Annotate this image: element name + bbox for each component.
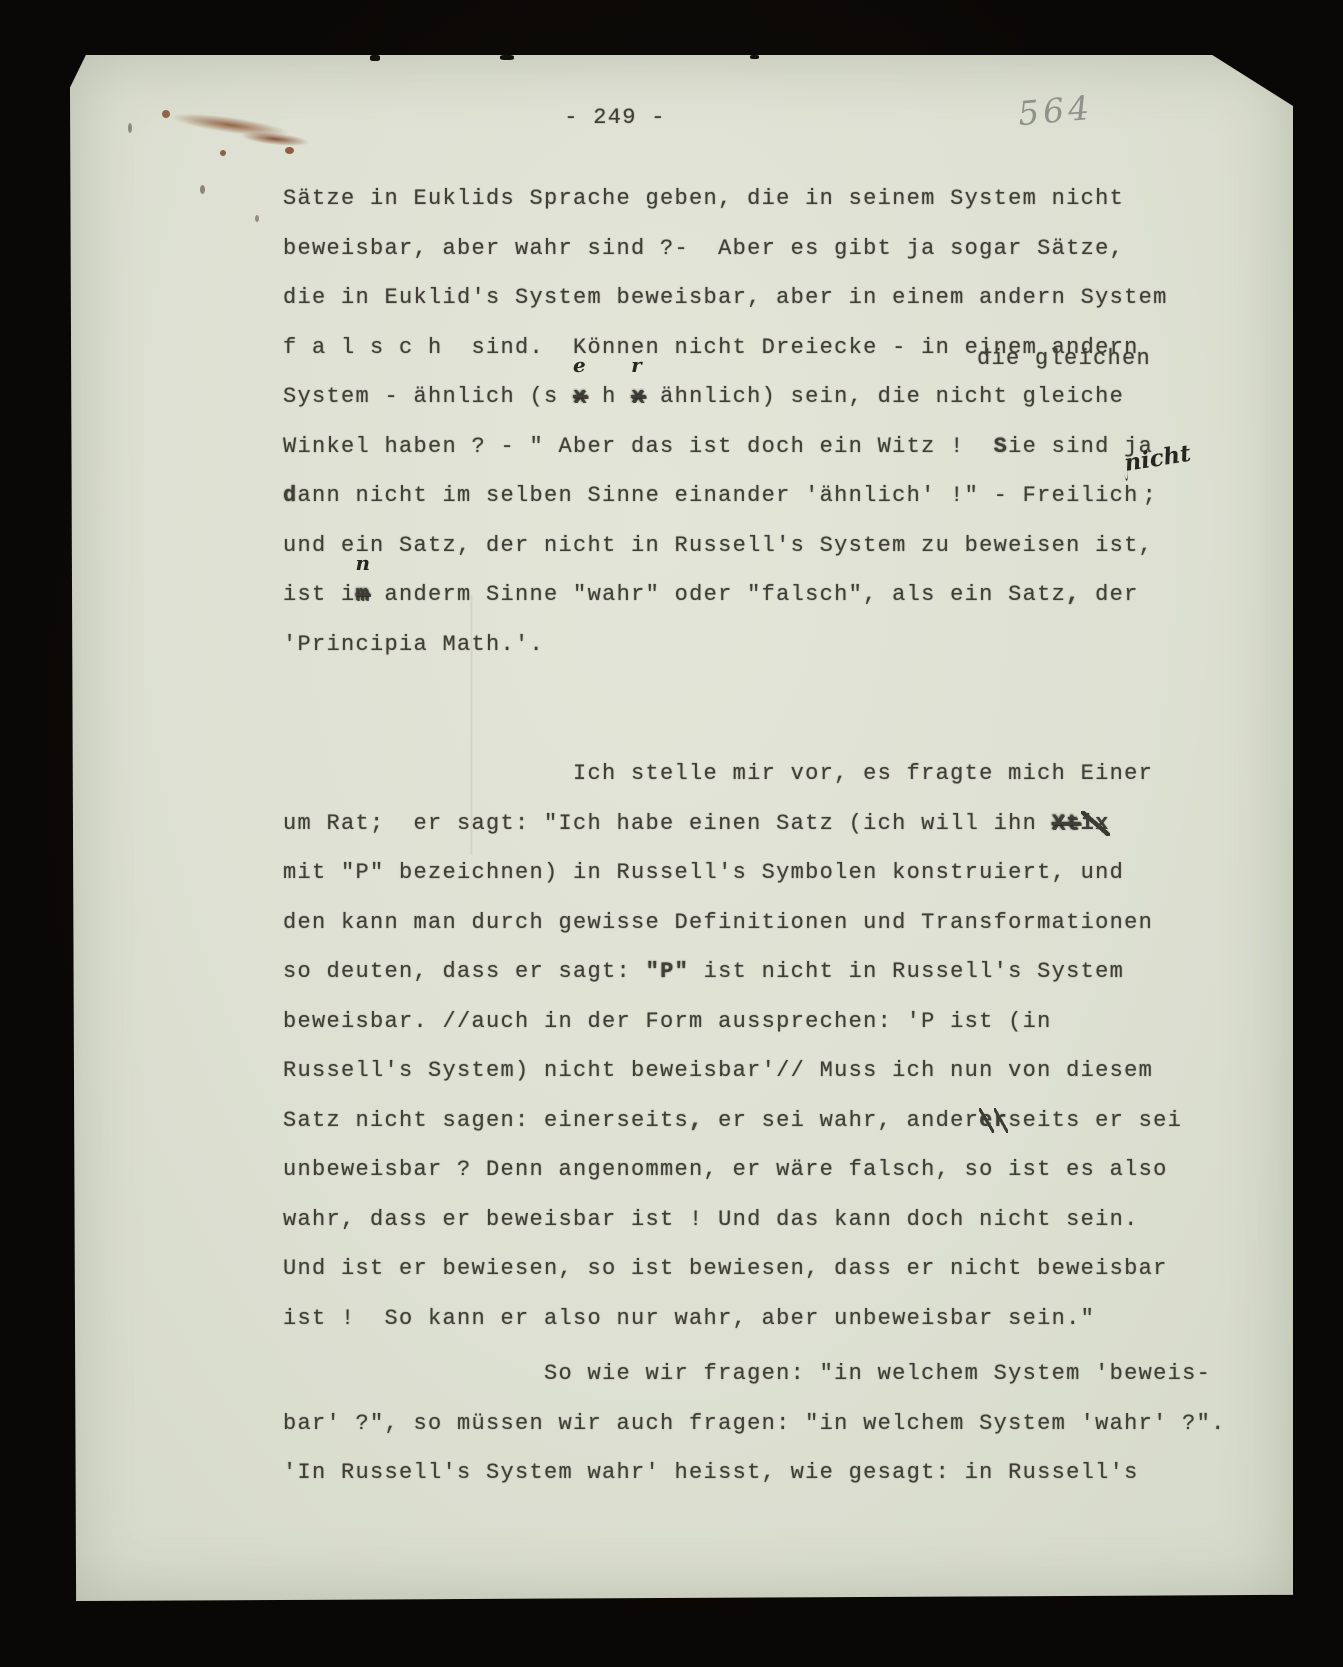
typed-text: Russell's System) nicht beweisbar'// Mus… — [283, 1058, 1153, 1083]
rust-stain — [200, 185, 205, 194]
typed-text: 'In Russell's System wahr' heisst, wie g… — [283, 1460, 1139, 1485]
interline-typed-insertion: die gleichen — [977, 346, 1151, 372]
typed-text: Satz nicht sagen: einerseits — [283, 1108, 689, 1133]
typed-text: er sei wahr, ander — [704, 1108, 980, 1133]
typed-line: wahr, dass er beweisbar ist ! Und das ka… — [283, 1195, 1263, 1245]
paragraph: Sätze in Euklids Sprache geben, die in s… — [283, 174, 1263, 669]
typed-text: ähnlich) sein, die nicht gleiche — [646, 384, 1125, 409]
typed-text: ist ! So kann er also nur wahr, aber unb… — [283, 1306, 1095, 1331]
typed-text: beweisbar. //auch in der Form ausspreche… — [283, 1009, 1052, 1034]
strikethrough-text: Xt — [1052, 811, 1081, 836]
typed-text: 'Principia Math.'. — [283, 632, 544, 657]
overtyped-text: S — [994, 434, 1009, 459]
overtyped-correction: xr — [631, 372, 646, 422]
typed-text: ann nicht im selben Sinne einander 'ähnl… — [298, 483, 1139, 508]
typed-line: 'In Russell's System wahr' heisst, wie g… — [283, 1448, 1263, 1498]
typed-text: So wie wir fragen: "in welchem System 'b… — [283, 1361, 1211, 1386]
handwritten-letter: r — [631, 355, 642, 375]
overtyped-text: , — [689, 1108, 704, 1133]
overtyped-correction: xe — [573, 372, 588, 422]
typed-line: die in Euklid's System beweisbar, aber i… — [283, 273, 1263, 323]
typed-text: Ich stelle mir vor, es fragte mich Einer — [283, 761, 1153, 786]
typed-line: System - ähnlich (s xe h xr ähnlich) sei… — [283, 372, 1263, 422]
rust-stain — [162, 110, 170, 118]
rust-stain — [220, 150, 226, 156]
document-page: - 249 - 564 Sätze in Euklids Sprache geb… — [70, 55, 1293, 1601]
scan-background: { "page": { "page_number": "- 249 -", "a… — [0, 0, 1343, 1667]
typed-text: unbeweisbar ? Denn angenommen, er wäre f… — [283, 1157, 1168, 1182]
rust-stain — [128, 123, 132, 133]
typed-line: unbeweisbar ? Denn angenommen, er wäre f… — [283, 1145, 1263, 1195]
archive-mark-handwritten: 564 — [1016, 88, 1094, 133]
typed-text: den kann man durch gewisse Definitionen … — [283, 910, 1153, 935]
overtyped-correction: mn — [356, 570, 371, 620]
strikethrough-text: e — [979, 1108, 994, 1133]
typed-text: wahr, dass er beweisbar ist ! Und das ka… — [283, 1207, 1139, 1232]
typed-text: Winkel haben ? - " Aber das ist doch ein… — [283, 434, 994, 459]
typed-line: bar' ?", so müssen wir auch fragen: "in … — [283, 1399, 1263, 1449]
typed-line: dann nicht im selben Sinne einander 'ähn… — [283, 471, 1263, 521]
typed-text: so deuten, dass er sagt: — [283, 959, 646, 984]
page-number: - 249 - — [525, 105, 705, 130]
typed-text: die in Euklid's System beweisbar, aber i… — [283, 285, 1168, 310]
typed-line: ist imn anderm Sinne "wahr" oder "falsch… — [283, 570, 1263, 620]
strikethrough-char: x — [631, 384, 646, 409]
typed-line: Ich stelle mir vor, es fragte mich Einer — [283, 749, 1263, 799]
typed-line: Sätze in Euklids Sprache geben, die in s… — [283, 174, 1263, 224]
typed-line: Russell's System) nicht beweisbar'// Mus… — [283, 1046, 1263, 1096]
typed-line: Winkel haben ? - " Aber das ist doch ein… — [283, 422, 1263, 472]
typed-line: Satz nicht sagen: einerseits, er sei wah… — [283, 1096, 1263, 1146]
typed-text: mit "P" bezeichnen) in Russell's Symbole… — [283, 860, 1124, 885]
typed-text: anderm Sinne "wahr" oder "falsch", als e… — [370, 582, 1066, 607]
typed-text: Und ist er bewiesen, so ist bewiesen, da… — [283, 1256, 1168, 1281]
typed-text: h — [588, 384, 632, 409]
handwritten-letter: n — [356, 553, 371, 573]
typed-text: beweisbar, aber wahr sind ?- Aber es gib… — [283, 236, 1124, 261]
strikethrough-text: ix — [1081, 811, 1110, 836]
typed-text: um Rat; er sagt: "Ich habe einen Satz (i… — [283, 811, 1052, 836]
typed-line: Und ist er bewiesen, so ist bewiesen, da… — [283, 1244, 1263, 1294]
paragraph: So wie wir fragen: "in welchem System 'b… — [283, 1349, 1263, 1498]
typed-line: ist ! So kann er also nur wahr, aber unb… — [283, 1294, 1263, 1344]
typed-line: und ein Satz, der nicht in Russell's Sys… — [283, 521, 1263, 571]
rust-stain — [255, 215, 259, 222]
typed-text: ist nicht in Russell's System — [689, 959, 1124, 984]
edge-speck — [500, 55, 514, 60]
typed-text: System - ähnlich (s — [283, 384, 573, 409]
rust-stain — [240, 129, 311, 148]
strikethrough-char: x — [573, 384, 588, 409]
typed-text: der — [1081, 582, 1139, 607]
typed-line: beweisbar. //auch in der Form ausspreche… — [283, 997, 1263, 1047]
overtyped-text: d — [283, 483, 298, 508]
typed-line: so deuten, dass er sagt: "P" ist nicht i… — [283, 947, 1263, 997]
handwritten-letter: e — [573, 355, 586, 375]
edge-speck — [370, 55, 380, 61]
typed-line: mit "P" bezeichnen) in Russell's Symbole… — [283, 848, 1263, 898]
typed-text: bar' ?", so müssen wir auch fragen: "in … — [283, 1411, 1226, 1436]
typed-line: 'Principia Math.'. — [283, 620, 1263, 670]
typed-line: um Rat; er sagt: "Ich habe einen Satz (i… — [283, 799, 1263, 849]
strikethrough-text: r — [994, 1108, 1009, 1133]
typed-line: beweisbar, aber wahr sind ?- Aber es gib… — [283, 224, 1263, 274]
edge-speck — [750, 55, 759, 59]
overtyped-text: , — [1066, 582, 1081, 607]
text-body: Sätze in Euklids Sprache geben, die in s… — [283, 174, 1263, 1498]
typed-text: und ein Satz, der nicht in Russell's Sys… — [283, 533, 1153, 558]
typed-text: ; — [1143, 483, 1158, 508]
overtyped-text: "P" — [646, 959, 690, 984]
typed-line: den kann man durch gewisse Definitionen … — [283, 898, 1263, 948]
typed-text: seits er sei — [1008, 1108, 1182, 1133]
strikethrough-char: m — [356, 582, 371, 607]
typed-text: ist i — [283, 582, 356, 607]
typed-line: So wie wir fragen: "in welchem System 'b… — [283, 1349, 1263, 1399]
paragraph: Ich stelle mir vor, es fragte mich Einer… — [283, 749, 1263, 1343]
rust-stain — [285, 147, 294, 154]
typed-text: Sätze in Euklids Sprache geben, die in s… — [283, 186, 1124, 211]
